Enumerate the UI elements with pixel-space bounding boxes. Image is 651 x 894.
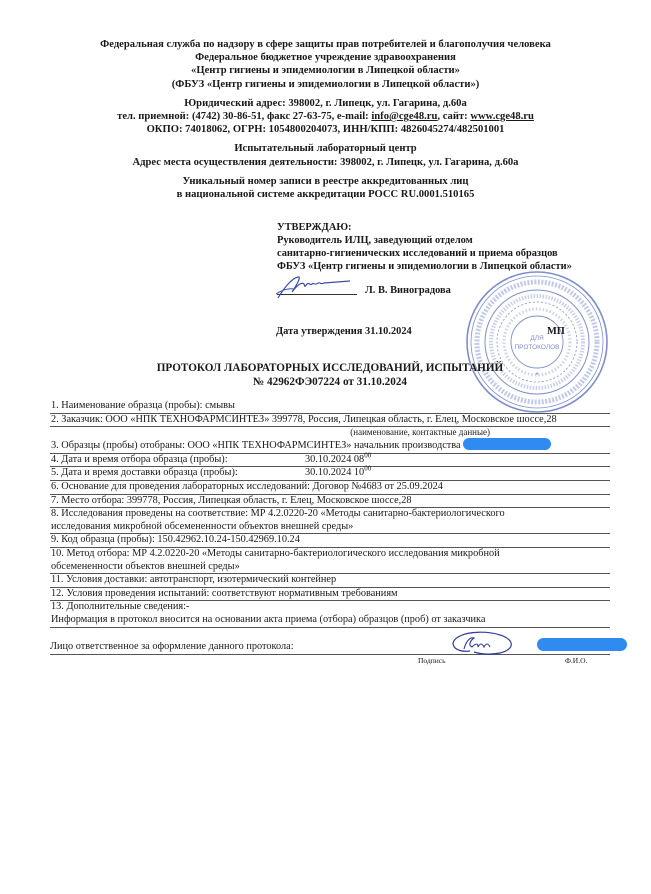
field-sampling-method: 10. Метод отбора: МР 4.2.0220-20 «Методы… — [50, 548, 610, 574]
approval-block: УТВЕРЖДАЮ: Руководитель ИЛЦ, заведующий … — [277, 221, 617, 273]
approval-heading: УТВЕРЖДАЮ: — [277, 221, 617, 234]
approver-position-2: санитарно-гигиенических исследований и п… — [277, 247, 617, 260]
field-basis: 6. Основание для проведения лабораторных… — [50, 481, 610, 495]
field-info-note: Информация в протокол вносится на основа… — [50, 614, 610, 628]
signature-caption: Подпись — [418, 656, 446, 665]
protocol-page: Федеральная служба по надзору в сфере за… — [0, 0, 651, 894]
protocol-fields: 1. Наименование образца (пробы): смывы 2… — [50, 400, 610, 628]
organization-header: Федеральная служба по надзору в сфере за… — [60, 38, 591, 201]
lab-center-name: Испытательный лабораторный центр — [60, 142, 591, 155]
field-compliance: 8. Исследования проведены на соответстви… — [50, 508, 610, 534]
accreditation-line-1: Уникальный номер записи в реестре аккред… — [60, 175, 591, 188]
name-caption: Ф.И.О. — [565, 656, 587, 665]
field-sampled-by: 3. Образцы (пробы) отобраны: ООО «НПК ТЕ… — [50, 438, 610, 454]
field-delivery-conditions: 11. Условия доставки: автотранспорт, изо… — [50, 574, 610, 588]
protocol-title: ПРОТОКОЛ ЛАБОРАТОРНЫХ ИССЛЕДОВАНИЙ, ИСПЫ… — [120, 362, 540, 376]
field-delivery-datetime: 5. Дата и время доставки образца (пробы)… — [50, 467, 610, 481]
approver-signature-icon — [274, 274, 352, 300]
approver-position-1: Руководитель ИЛЦ, заведующий отделом — [277, 234, 617, 247]
customer-note: (наименование, контактные данные) — [50, 427, 610, 438]
accreditation-line-2: в национальной системе аккредитации РОСС… — [60, 188, 591, 201]
field-sampling-place: 7. Место отбора: 399778, Россия, Липецка… — [50, 495, 610, 509]
responsible-person-line: Лицо ответственное за оформление данного… — [50, 640, 610, 655]
agency-name: Федеральная служба по надзору в сфере за… — [60, 38, 591, 51]
protocol-title-block: ПРОТОКОЛ ЛАБОРАТОРНЫХ ИССЛЕДОВАНИЙ, ИСПЫ… — [120, 362, 540, 389]
official-stamp-icon: ДЛЯ ПРОТОКОЛОВ * — [463, 268, 611, 416]
institution-type: Федеральное бюджетное учреждение здравоо… — [60, 51, 591, 64]
institution-short-name: (ФБУЗ «Центр гигиены и эпидемиологии в Л… — [60, 78, 591, 91]
approver-name: Л. В. Виноградова — [365, 285, 451, 296]
field-customer: 2. Заказчик: ООО «НПК ТЕХНОФАРМСИНТЕЗ» 3… — [50, 414, 610, 428]
svg-text:ПРОТОКОЛОВ: ПРОТОКОЛОВ — [514, 344, 559, 351]
legal-address: Юридический адрес: 398002, г. Липецк, ул… — [60, 97, 591, 110]
svg-text:ДЛЯ: ДЛЯ — [530, 335, 544, 342]
field-sample-code: 9. Код образца (пробы): 150.42962.10.24-… — [50, 534, 610, 548]
field-additional-info: 13. Дополнительные сведения:- — [50, 601, 610, 614]
approval-date: Дата утверждения 31.10.2024 — [276, 326, 412, 337]
registration-codes: ОКПО: 74018062, ОГРН: 1054800204073, ИНН… — [60, 123, 591, 136]
responsible-signature-icon — [440, 629, 522, 657]
activity-address: Адрес места осуществления деятельности: … — [60, 156, 591, 169]
website-link[interactable]: www.cge48.ru — [470, 111, 534, 122]
redacted-responsible-name — [537, 638, 627, 651]
seal-mark: МП — [547, 326, 565, 337]
redacted-name — [463, 438, 551, 450]
field-sampling-datetime: 4. Дата и время отбора образца (пробы):3… — [50, 454, 610, 468]
institution-name: «Центр гигиены и эпидемиологии в Липецко… — [60, 64, 591, 77]
field-sample-name: 1. Наименование образца (пробы): смывы — [50, 400, 610, 414]
email-link[interactable]: info@cge48.ru — [371, 111, 437, 122]
field-test-conditions: 12. Условия проведения испытаний: соотве… — [50, 588, 610, 602]
contacts-line: тел. приемной: (4742) 30-86-51, факс 27-… — [60, 110, 591, 123]
protocol-number: № 42962ФЭ07224 от 31.10.2024 — [120, 376, 540, 390]
